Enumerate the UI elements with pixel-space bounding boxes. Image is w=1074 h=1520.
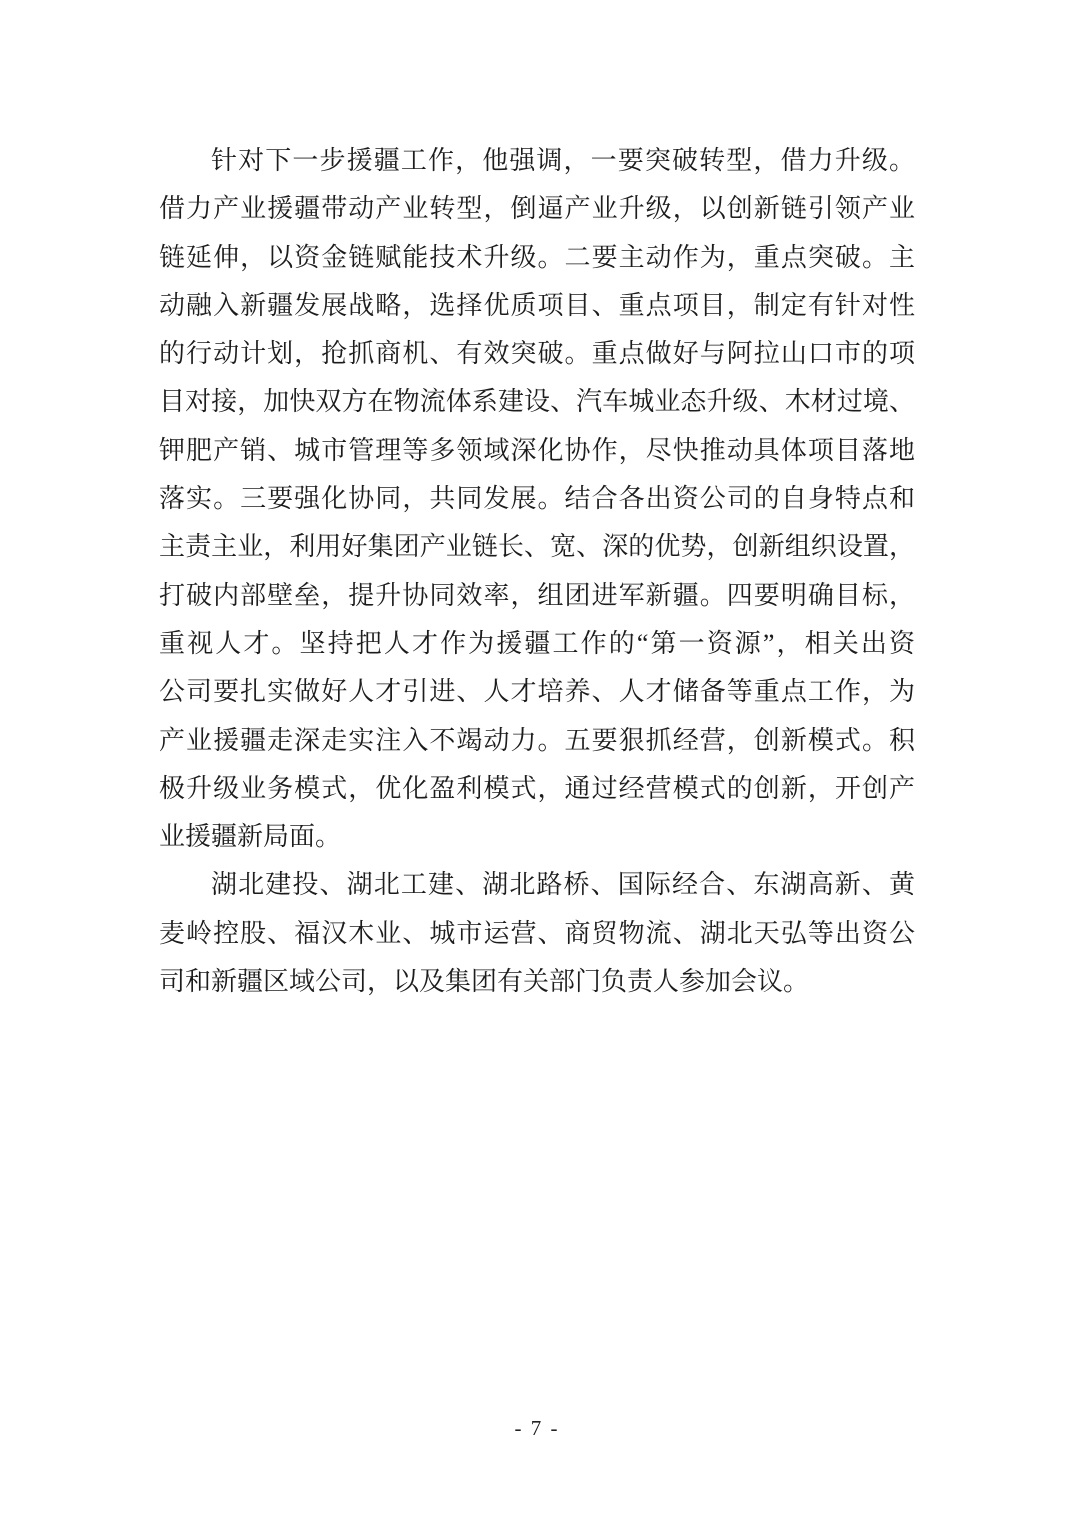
text-line: 重视人才。坚持把人才作为援疆工作的“第一资源”，相关出资	[159, 620, 915, 668]
page-number: - 7 -	[0, 1404, 1074, 1452]
text-line: 针对下一步援疆工作，他强调，一要突破转型，借力升级。	[159, 137, 915, 185]
body-text: 针对下一步援疆工作，他强调，一要突破转型，借力升级。 借力产业援疆带动产业转型，…	[159, 137, 915, 1006]
text-line: 麦岭控股、福汉木业、城市运营、商贸物流、湖北天弘等出资公	[159, 910, 915, 958]
text-line: 业援疆新局面。	[159, 813, 915, 861]
text-line: 产业援疆走深走实注入不竭动力。五要狠抓经营，创新模式。积	[159, 717, 915, 765]
text-line: 打破内部壁垒，提升协同效率，组团进军新疆。四要明确目标，	[159, 572, 915, 620]
text-line: 钾肥产销、城市管理等多领域深化协作，尽快推动具体项目落地	[159, 427, 915, 475]
text-line: 链延伸，以资金链赋能技术升级。二要主动作为，重点突破。主	[159, 234, 915, 282]
text-line: 主责主业，利用好集团产业链长、宽、深的优势，创新组织设置，	[159, 523, 915, 571]
text-line: 借力产业援疆带动产业转型，倒逼产业升级，以创新链引领产业	[159, 185, 915, 233]
text-line: 落实。三要强化协同，共同发展。结合各出资公司的自身特点和	[159, 475, 915, 523]
text-line: 公司要扎实做好人才引进、人才培养、人才储备等重点工作，为	[159, 668, 915, 716]
text-line: 目对接，加快双方在物流体系建设、汽车城业态升级、木材过境、	[159, 378, 915, 426]
text-line: 的行动计划，抢抓商机、有效突破。重点做好与阿拉山口市的项	[159, 330, 915, 378]
text-line: 司和新疆区域公司，以及集团有关部门负责人参加会议。	[159, 958, 915, 1006]
text-line: 动融入新疆发展战略，选择优质项目、重点项目，制定有针对性	[159, 282, 915, 330]
text-line: 极升级业务模式，优化盈利模式，通过经营模式的创新，开创产	[159, 765, 915, 813]
text-line: 湖北建投、湖北工建、湖北路桥、国际经合、东湖高新、黄	[159, 861, 915, 909]
document-page: 针对下一步援疆工作，他强调，一要突破转型，借力升级。 借力产业援疆带动产业转型，…	[0, 0, 1074, 1520]
